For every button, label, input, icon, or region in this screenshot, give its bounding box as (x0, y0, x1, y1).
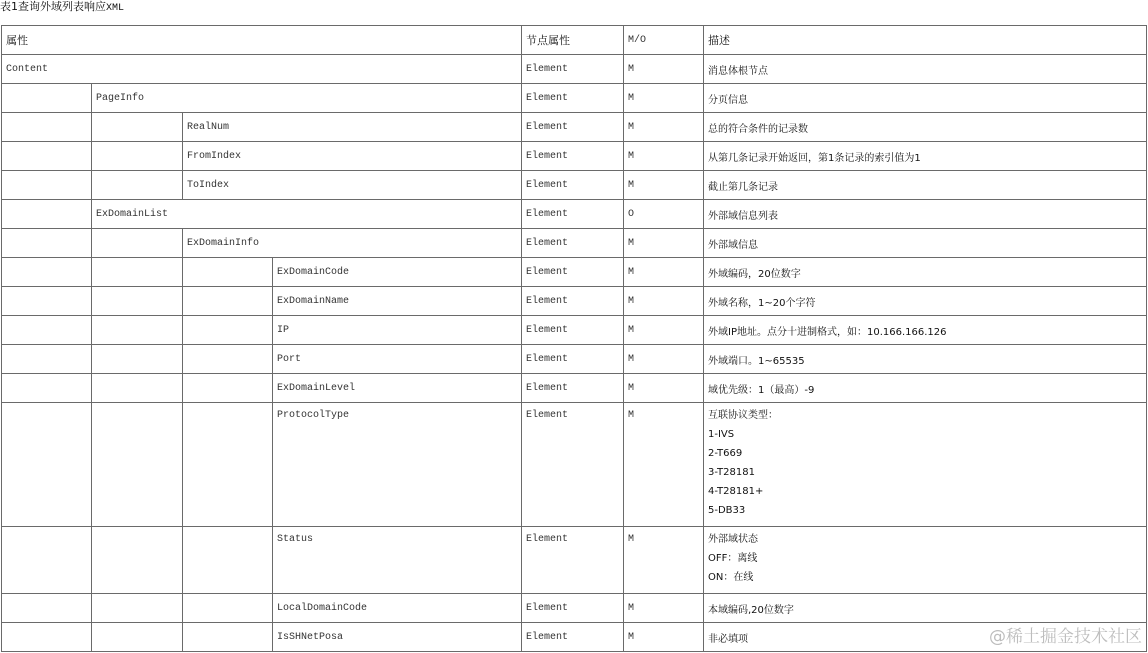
mandatory-optional: M (624, 229, 704, 258)
description: 外域编码，20位数字 (704, 258, 1147, 287)
attribute-name: Status (273, 527, 522, 594)
attribute-name: ExDomainCode (273, 258, 522, 287)
indent-cell (2, 200, 92, 229)
indent-cell (92, 527, 183, 594)
caption-text: 表1查询外域列表响应 (0, 0, 106, 13)
mandatory-optional: M (624, 171, 704, 200)
node-type: Element (522, 374, 624, 403)
indent-cell (2, 258, 92, 287)
node-type: Element (522, 142, 624, 171)
description-line: 2-T669 (708, 444, 1142, 463)
description-line: OFF：离线 (708, 549, 1142, 568)
table-row: ToIndexElementM截止第几条记录 (2, 171, 1147, 200)
mandatory-optional: M (624, 374, 704, 403)
table-row: PageInfoElementM分页信息 (2, 84, 1147, 113)
description-line: 4-T28181+ (708, 482, 1142, 501)
table-row: RealNumElementM总的符合条件的记录数 (2, 113, 1147, 142)
description: 互联协议类型：1-IVS2-T6693-T281814-T28181+5-DB3… (704, 403, 1147, 527)
description: 总的符合条件的记录数 (704, 113, 1147, 142)
mandatory-optional: M (624, 258, 704, 287)
indent-cell (92, 594, 183, 623)
node-type: Element (522, 594, 624, 623)
description: 外域端口。1~65535 (704, 345, 1147, 374)
header-node-type: 节点属性 (522, 26, 624, 55)
xml-response-table: 属性 节点属性 M/O 描述 ContentElementM消息体根节点Page… (1, 25, 1147, 652)
description: 外域名称，1~20个字符 (704, 287, 1147, 316)
indent-cell (183, 527, 273, 594)
table-header-row: 属性 节点属性 M/O 描述 (2, 26, 1147, 55)
attribute-name: ExDomainName (273, 287, 522, 316)
description: 外部域状态OFF：离线ON：在线 (704, 527, 1147, 594)
indent-cell (2, 84, 92, 113)
mandatory-optional: M (624, 142, 704, 171)
header-description: 描述 (704, 26, 1147, 55)
header-attribute: 属性 (2, 26, 522, 55)
indent-cell (2, 171, 92, 200)
node-type: Element (522, 287, 624, 316)
attribute-name: LocalDomainCode (273, 594, 522, 623)
indent-cell (183, 345, 273, 374)
indent-cell (183, 403, 273, 527)
indent-cell (92, 113, 183, 142)
indent-cell (2, 527, 92, 594)
node-type: Element (522, 623, 624, 652)
indent-cell (2, 113, 92, 142)
indent-cell (2, 229, 92, 258)
description: 外部域信息列表 (704, 200, 1147, 229)
node-type: Element (522, 171, 624, 200)
indent-cell (183, 287, 273, 316)
indent-cell (183, 374, 273, 403)
indent-cell (2, 594, 92, 623)
indent-cell (183, 623, 273, 652)
indent-cell (92, 345, 183, 374)
table-row: ExDomainNameElementM外域名称，1~20个字符 (2, 287, 1147, 316)
indent-cell (2, 142, 92, 171)
mandatory-optional: M (624, 527, 704, 594)
description-line: 5-DB33 (708, 501, 1142, 520)
node-type: Element (522, 316, 624, 345)
description-line: 互联协议类型： (708, 406, 1142, 425)
indent-cell (2, 403, 92, 527)
table-row: IPElementM外域IP地址。点分十进制格式，如：10.166.166.12… (2, 316, 1147, 345)
indent-cell (2, 345, 92, 374)
table-row: PortElementM外域端口。1~65535 (2, 345, 1147, 374)
attribute-name: ExDomainInfo (183, 229, 522, 258)
indent-cell (92, 142, 183, 171)
indent-cell (183, 258, 273, 287)
table-row: ContentElementM消息体根节点 (2, 55, 1147, 84)
mandatory-optional: M (624, 287, 704, 316)
mandatory-optional: M (624, 55, 704, 84)
indent-cell (92, 229, 183, 258)
description-line: 外部域状态 (708, 530, 1142, 549)
table-caption: 表1查询外域列表响应XML (0, 0, 124, 16)
table-row: StatusElementM外部域状态OFF：离线ON：在线 (2, 527, 1147, 594)
watermark: @稀土掘金技术社区 (989, 622, 1142, 647)
mandatory-optional: M (624, 84, 704, 113)
description: 截止第几条记录 (704, 171, 1147, 200)
attribute-name: ExDomainList (92, 200, 522, 229)
attribute-name: PageInfo (92, 84, 522, 113)
mandatory-optional: M (624, 594, 704, 623)
indent-cell (183, 316, 273, 345)
indent-cell (92, 623, 183, 652)
indent-cell (92, 171, 183, 200)
table-row: FromIndexElementM从第几条记录开始返回，第1条记录的索引值为1 (2, 142, 1147, 171)
description: 外部域信息 (704, 229, 1147, 258)
node-type: Element (522, 55, 624, 84)
node-type: Element (522, 258, 624, 287)
description: 消息体根节点 (704, 55, 1147, 84)
table-row: ProtocolTypeElementM互联协议类型：1-IVS2-T6693-… (2, 403, 1147, 527)
description: 从第几条记录开始返回，第1条记录的索引值为1 (704, 142, 1147, 171)
mandatory-optional: O (624, 200, 704, 229)
node-type: Element (522, 403, 624, 527)
description: 域优先级：1（最高）-9 (704, 374, 1147, 403)
indent-cell (92, 403, 183, 527)
table-row: ExDomainListElementO外部域信息列表 (2, 200, 1147, 229)
table-row: IsSHNetPosaElementM非必填项 (2, 623, 1147, 652)
table-row: ExDomainInfoElementM外部域信息 (2, 229, 1147, 258)
description: 外域IP地址。点分十进制格式，如：10.166.166.126 (704, 316, 1147, 345)
table-row: ExDomainCodeElementM外域编码，20位数字 (2, 258, 1147, 287)
attribute-name: ExDomainLevel (273, 374, 522, 403)
attribute-name: IP (273, 316, 522, 345)
description-line: 3-T28181 (708, 463, 1142, 482)
indent-cell (92, 374, 183, 403)
mandatory-optional: M (624, 403, 704, 527)
indent-cell (92, 316, 183, 345)
attribute-name: IsSHNetPosa (273, 623, 522, 652)
indent-cell (2, 623, 92, 652)
mandatory-optional: M (624, 113, 704, 142)
attribute-name: ProtocolType (273, 403, 522, 527)
mandatory-optional: M (624, 345, 704, 374)
description: 本域编码,20位数字 (704, 594, 1147, 623)
indent-cell (92, 258, 183, 287)
indent-cell (2, 316, 92, 345)
node-type: Element (522, 200, 624, 229)
attribute-name: Content (2, 55, 522, 84)
indent-cell (2, 374, 92, 403)
mandatory-optional: M (624, 316, 704, 345)
header-mo: M/O (624, 26, 704, 55)
node-type: Element (522, 229, 624, 258)
indent-cell (2, 287, 92, 316)
attribute-name: FromIndex (183, 142, 522, 171)
table-row: LocalDomainCodeElementM本域编码,20位数字 (2, 594, 1147, 623)
node-type: Element (522, 527, 624, 594)
attribute-name: Port (273, 345, 522, 374)
table-row: ExDomainLevelElementM域优先级：1（最高）-9 (2, 374, 1147, 403)
node-type: Element (522, 345, 624, 374)
description-line: 1-IVS (708, 425, 1142, 444)
attribute-name: ToIndex (183, 171, 522, 200)
description-line: ON：在线 (708, 568, 1142, 587)
indent-cell (92, 287, 183, 316)
description: 分页信息 (704, 84, 1147, 113)
caption-suffix: XML (106, 3, 124, 14)
node-type: Element (522, 113, 624, 142)
mandatory-optional: M (624, 623, 704, 652)
indent-cell (183, 594, 273, 623)
attribute-name: RealNum (183, 113, 522, 142)
node-type: Element (522, 84, 624, 113)
